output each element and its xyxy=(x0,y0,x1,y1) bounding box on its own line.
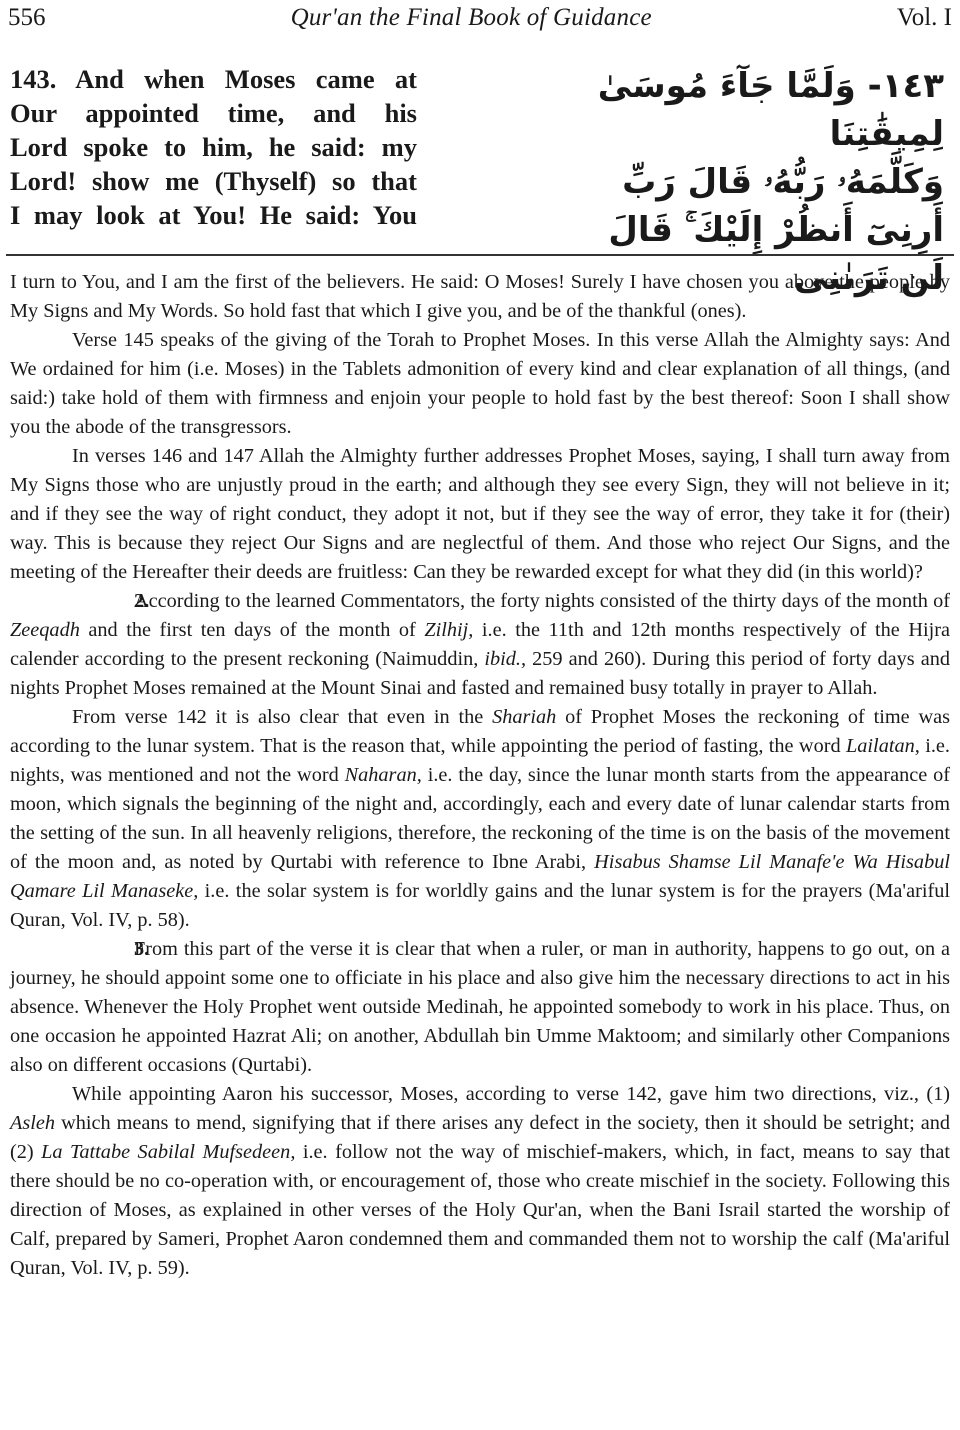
section-divider xyxy=(6,254,954,256)
verse-english-line: Lord spoke to him, he said: my xyxy=(10,130,417,164)
note-number: 3. xyxy=(72,935,134,964)
paragraph: From verse 142 it is also clear that eve… xyxy=(10,703,950,935)
paragraph: While appointing Aaron his successor, Mo… xyxy=(10,1080,950,1283)
book-title: Qur'an the Final Book of Guidance xyxy=(291,4,652,32)
paragraph: Verse 145 speaks of the giving of the To… xyxy=(10,326,950,442)
volume-label: Vol. I xyxy=(897,4,952,32)
note-3: 3.From this part of the verse it is clea… xyxy=(10,935,950,1080)
verse-arabic: ١٤٣- وَلَمَّا جَآءَ مُوسَىٰ لِمِيقَٰتِنَ… xyxy=(584,62,944,302)
verse-english-line: Lord! show me (Thyself) so that xyxy=(10,164,417,198)
note-2: 2.According to the learned Commentators,… xyxy=(10,587,950,703)
note-number: 2. xyxy=(72,587,134,616)
running-header: 556 Qur'an the Final Book of Guidance Vo… xyxy=(8,4,952,38)
verse-english-line: I may look at You! He said: You xyxy=(10,198,417,232)
verse-block: 143. And when Moses came at Our appointe… xyxy=(10,62,950,242)
paragraph: I turn to You, and I am the first of the… xyxy=(10,268,950,326)
paragraph: In verses 146 and 147 Allah the Almighty… xyxy=(10,442,950,587)
verse-arabic-line: ١٤٣- وَلَمَّا جَآءَ مُوسَىٰ لِمِيقَٰتِنَ… xyxy=(584,62,944,158)
page-number: 556 xyxy=(8,4,46,32)
verse-arabic-line: وَكَلَّمَهُۥ رَبُّهُۥ قَالَ رَبِّ xyxy=(584,158,944,206)
commentary-body: I turn to You, and I am the first of the… xyxy=(10,268,950,1283)
verse-english-line: 143. And when Moses came at xyxy=(10,62,417,96)
verse-english: 143. And when Moses came at Our appointe… xyxy=(10,62,417,232)
verse-english-line: Our appointed time, and his xyxy=(10,96,417,130)
